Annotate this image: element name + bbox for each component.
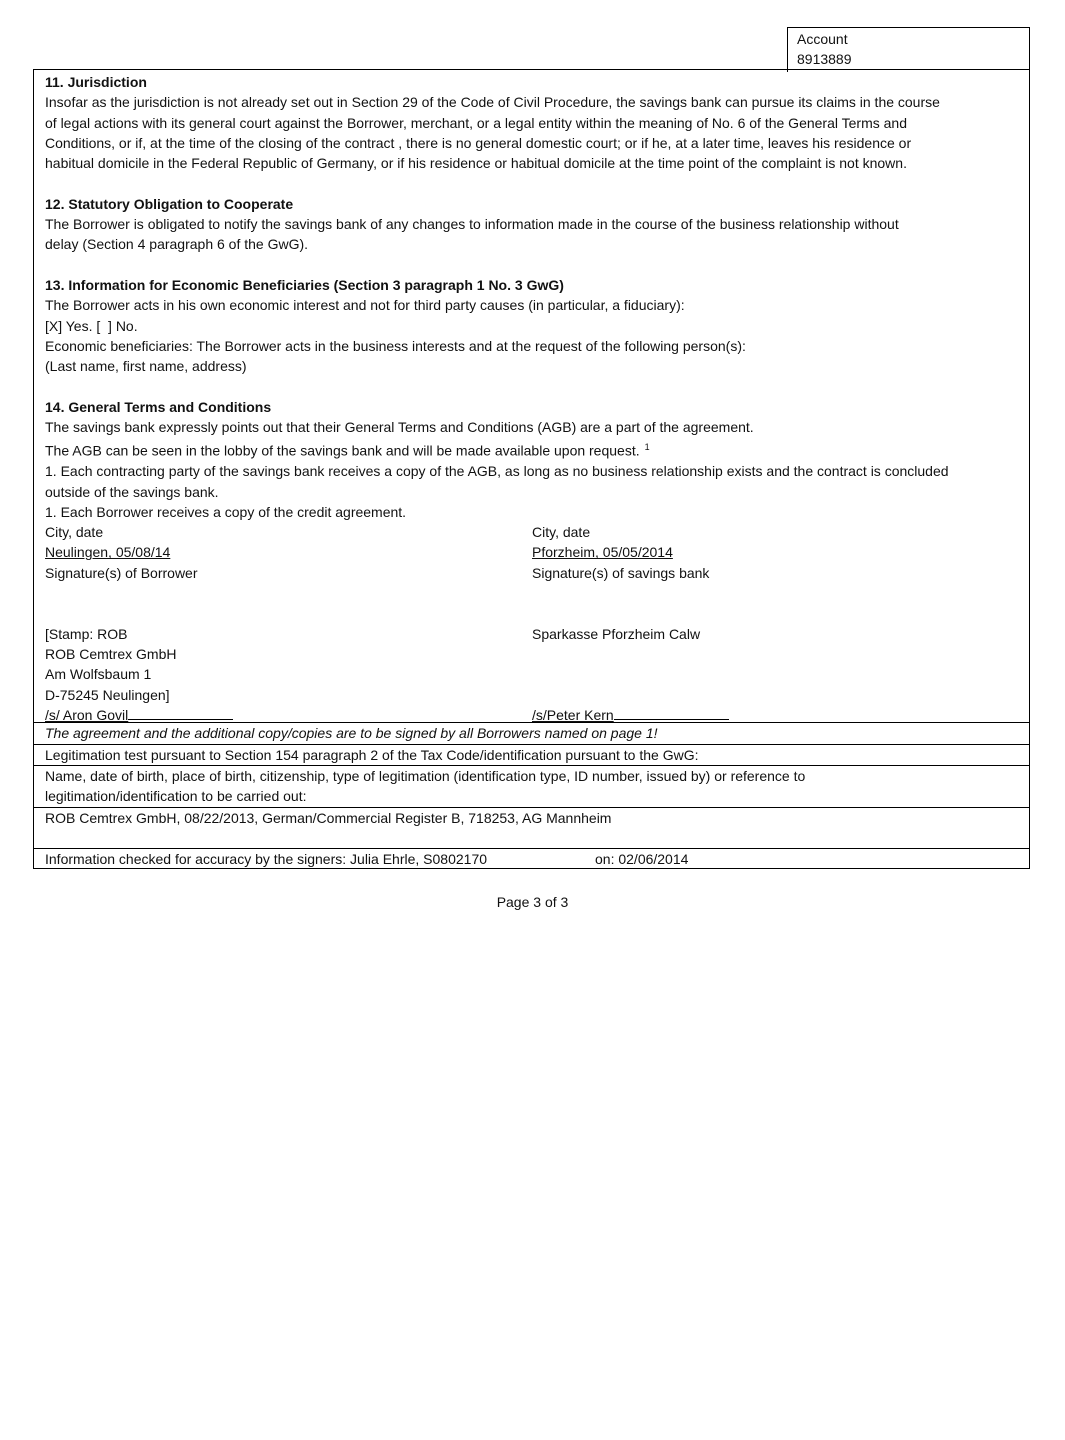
fields-text: Name, date of birth, place of birth, cit…	[45, 766, 1029, 786]
stamp-line: ROB Cemtrex GmbH	[45, 644, 465, 664]
entity-text: ROB Cemtrex GmbH, 08/22/2013, German/Com…	[45, 810, 611, 826]
city-date-value: Pforzheim, 05/05/2014	[532, 542, 952, 562]
sections-area: 11. Jurisdiction Insofar as the jurisdic…	[34, 70, 1029, 722]
account-number: 8913889	[797, 50, 1029, 70]
text-line: habitual domicile in the Federal Republi…	[45, 153, 1018, 173]
text-line: The Borrower acts in his own economic in…	[45, 295, 1018, 315]
text-line: of legal actions with its general court …	[45, 113, 1018, 133]
text-line: Economic beneficiaries: The Borrower act…	[45, 336, 1018, 356]
section-heading: 12. Statutory Obligation to Cooperate	[45, 194, 1018, 214]
section-heading: 14. General Terms and Conditions	[45, 397, 1018, 417]
section-14: 14. General Terms and Conditions The sav…	[45, 397, 1018, 522]
signature-label: Signature(s) of Borrower	[45, 563, 465, 583]
text-line: The savings bank expressly points out th…	[45, 417, 1018, 437]
signature-label: Signature(s) of savings bank	[532, 563, 952, 583]
text-line: outside of the savings bank.	[45, 482, 1018, 502]
text-line: Conditions, or if, at the time of the cl…	[45, 133, 1018, 153]
signature-block: City, date Neulingen, 05/08/14 Signature…	[34, 522, 1018, 722]
section-12: 12. Statutory Obligation to Cooperate Th…	[45, 194, 1018, 255]
stamp-line: Am Wolfsbaum 1	[45, 664, 465, 684]
city-date-label: City, date	[45, 522, 465, 542]
document-frame: 11. Jurisdiction Insofar as the jurisdic…	[33, 69, 1030, 869]
text-line: 1. Each Borrower receives a copy of the …	[45, 502, 1018, 522]
checked-row: Information checked for accuracy by the …	[34, 848, 1029, 869]
text-line: The AGB can be seen in the lobby of the …	[45, 437, 1018, 461]
checked-text: Information checked for accuracy by the …	[45, 851, 487, 867]
signed-name: /s/ Aron Govil	[45, 707, 128, 723]
sign-note: The agreement and the additional copy/co…	[45, 725, 658, 741]
stamp-line: [Stamp: ROB	[45, 624, 465, 644]
account-box: Account 8913889	[787, 27, 1030, 72]
text-line: Insofar as the jurisdiction is not alrea…	[45, 92, 1018, 112]
legitimation-text: Legitimation test pursuant to Section 15…	[45, 747, 698, 763]
signature-blank	[128, 706, 233, 720]
entity-row: ROB Cemtrex GmbH, 08/22/2013, German/Com…	[34, 807, 1029, 848]
text-line: (Last name, first name, address)	[45, 356, 1018, 376]
footnote-mark: 1	[645, 442, 650, 452]
city-date-label: City, date	[532, 522, 952, 542]
signed-name: /s/Peter Kern	[532, 707, 614, 723]
section-heading: 11. Jurisdiction	[45, 72, 1018, 92]
account-label: Account	[797, 30, 1029, 50]
sign-note-row: The agreement and the additional copy/co…	[34, 722, 1029, 743]
signature-blank	[614, 706, 729, 720]
borrower-signature: City, date Neulingen, 05/08/14 Signature…	[45, 522, 465, 725]
checked-date: on: 02/06/2014	[595, 849, 688, 869]
text-span: The AGB can be seen in the lobby of the …	[45, 443, 640, 459]
legitimation-row: Legitimation test pursuant to Section 15…	[34, 744, 1029, 765]
text-line: 1. Each contracting party of the savings…	[45, 461, 1018, 481]
text-line: delay (Section 4 paragraph 6 of the GwG)…	[45, 234, 1018, 254]
city-date-value: Neulingen, 05/08/14	[45, 542, 465, 562]
bank-name: Sparkasse Pforzheim Calw	[532, 624, 952, 644]
bank-signature: City, date Pforzheim, 05/05/2014 Signatu…	[532, 522, 952, 725]
stamp-line: D-75245 Neulingen]	[45, 685, 465, 705]
fields-row: Name, date of birth, place of birth, cit…	[34, 765, 1029, 807]
section-13: 13. Information for Economic Beneficiari…	[45, 275, 1018, 376]
section-heading: 13. Information for Economic Beneficiari…	[45, 275, 1018, 295]
section-11: 11. Jurisdiction Insofar as the jurisdic…	[45, 72, 1018, 173]
fields-text: legitimation/identification to be carrie…	[45, 786, 1029, 806]
text-line: The Borrower is obligated to notify the …	[45, 214, 1018, 234]
checkbox-line: [X] Yes. [ ] No.	[45, 316, 1018, 336]
page-number: Page 3 of 3	[0, 894, 1065, 910]
